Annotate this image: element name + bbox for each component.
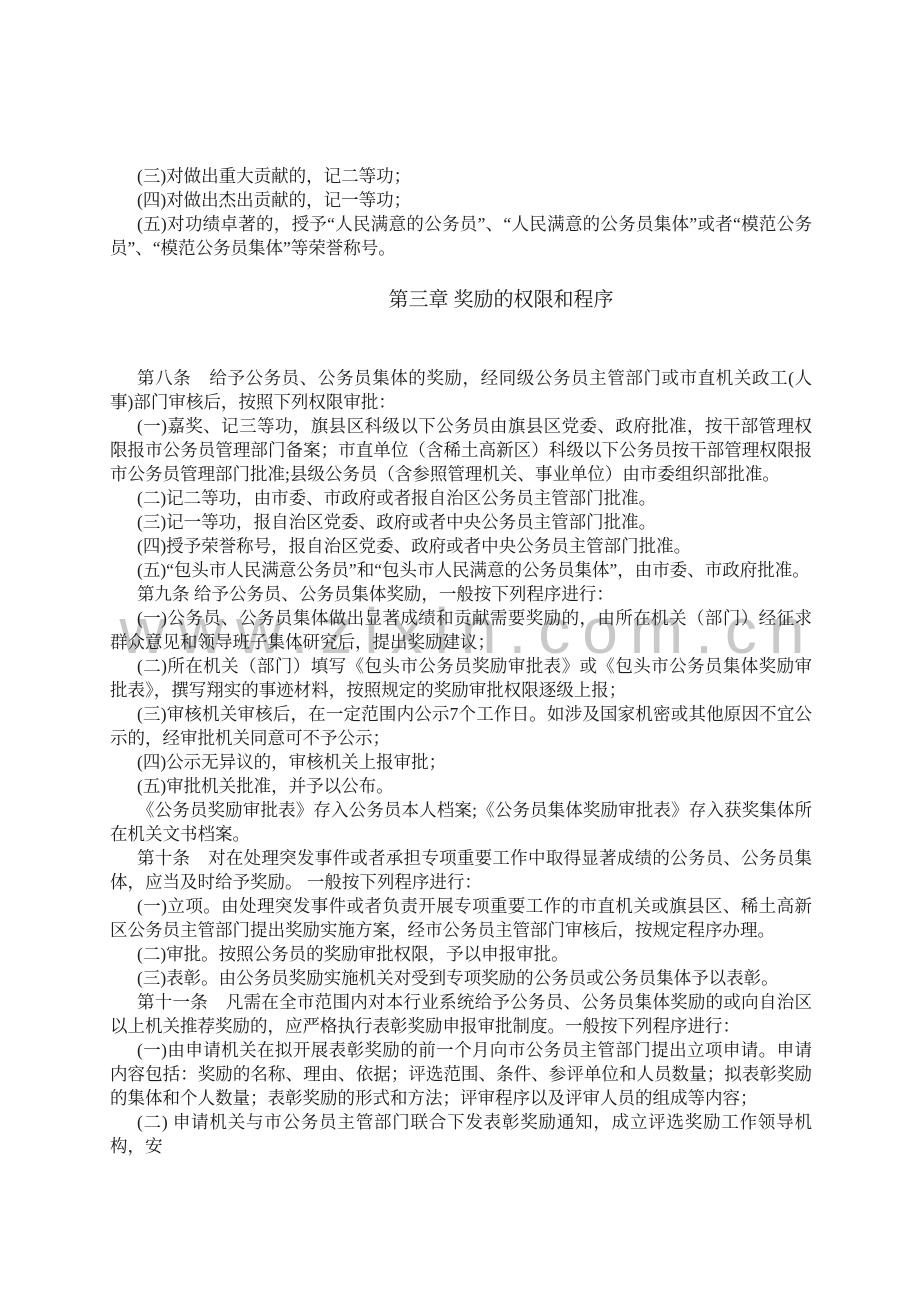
paragraph-article-9-item-2: (二)所在机关（部门）填写《包头市公务员奖励审批表》或《包头市公务员集体奖励审批… <box>110 654 812 702</box>
paragraph-article-11-item-2: (二) 申请机关与市公务员主管部门联合下发表彰奖励通知，成立评选奖励工作领导机构… <box>110 1110 812 1158</box>
paragraph-article-9-item-5: (五)审批机关批准，并予以公布。 <box>110 774 812 798</box>
paragraph-article-9: 第九条 给予公务员、公务员集体奖励，一般按下列程序进行： <box>110 582 812 606</box>
paragraph-item-3: (三)对做出重大贡献的，记二等功； <box>110 164 812 188</box>
paragraph-item-5: (五)对功绩卓著的，授予“人民满意的公务员”、“人民满意的公务员集体”或者“模范… <box>110 212 812 260</box>
paragraph-article-10-item-2: (二)审批。按照公务员的奖励审批权限，予以申报审批。 <box>110 942 812 966</box>
paragraph-article-11: 第十一条 凡需在全市范围内对本行业系统给予公务员、公务员集体奖励的或向自治区以上… <box>110 990 812 1038</box>
paragraph-article-8-item-5: (五)“包头市人民满意公务员”和“包头市人民满意的公务员集体”，由市委、市政府批… <box>110 558 812 582</box>
document-page: www.zixin.com.cn (三)对做出重大贡献的，记二等功； (四)对做… <box>0 0 920 1302</box>
paragraph-item-4: (四)对做出杰出贡献的，记一等功； <box>110 188 812 212</box>
chapter-heading: 第三章 奖励的权限和程序 <box>190 288 812 312</box>
paragraph-article-9-item-3: (三)审核机关审核后，在一定范围内公示7个工作日。如涉及国家机密或其他原因不宜公… <box>110 702 812 750</box>
paragraph-article-10-item-3: (三)表彰。由公务员奖励实施机关对受到专项奖励的公务员或公务员集体予以表彰。 <box>110 966 812 990</box>
paragraph-article-10: 第十条 对在处理突发事件或者承担专项重要工作中取得显著成绩的公务员、公务员集体，… <box>110 846 812 894</box>
paragraph-article-8-item-3: (三)记一等功，报自治区党委、政府或者中央公务员主管部门批准。 <box>110 510 812 534</box>
paragraph-article-8-item-1: (一)嘉奖、记三等功，旗县区科级以下公务员由旗县区党委、政府批准，按干部管理权限… <box>110 414 812 486</box>
paragraph-article-8: 第八条 给予公务员、公务员集体的奖励，经同级公务员主管部门或市直机关政工(人事)… <box>110 366 812 414</box>
paragraph-article-9-item-1: (一)公务员、公务员集体做出显著成绩和贡献需要奖励的，由所在机关（部门）经征求群… <box>110 606 812 654</box>
document-body: (三)对做出重大贡献的，记二等功； (四)对做出杰出贡献的，记一等功； (五)对… <box>110 164 812 1158</box>
paragraph-article-11-item-1: (一)由申请机关在拟开展表彰奖励的前一个月向市公务员主管部门提出立项申请。申请内… <box>110 1038 812 1110</box>
paragraph-article-8-item-4: (四)授予荣誉称号，报自治区党委、政府或者中央公务员主管部门批准。 <box>110 534 812 558</box>
paragraph-article-8-item-2: (二)记二等功，由市委、市政府或者报自治区公务员主管部门批准。 <box>110 486 812 510</box>
paragraph-archive-note: 《公务员奖励审批表》存入公务员本人档案;《公务员集体奖励审批表》存入获奖集体所在… <box>110 798 812 846</box>
paragraph-article-10-item-1: (一)立项。由处理突发事件或者负责开展专项重要工作的市直机关或旗县区、稀土高新区… <box>110 894 812 942</box>
paragraph-article-9-item-4: (四)公示无异议的，审核机关上报审批； <box>110 750 812 774</box>
